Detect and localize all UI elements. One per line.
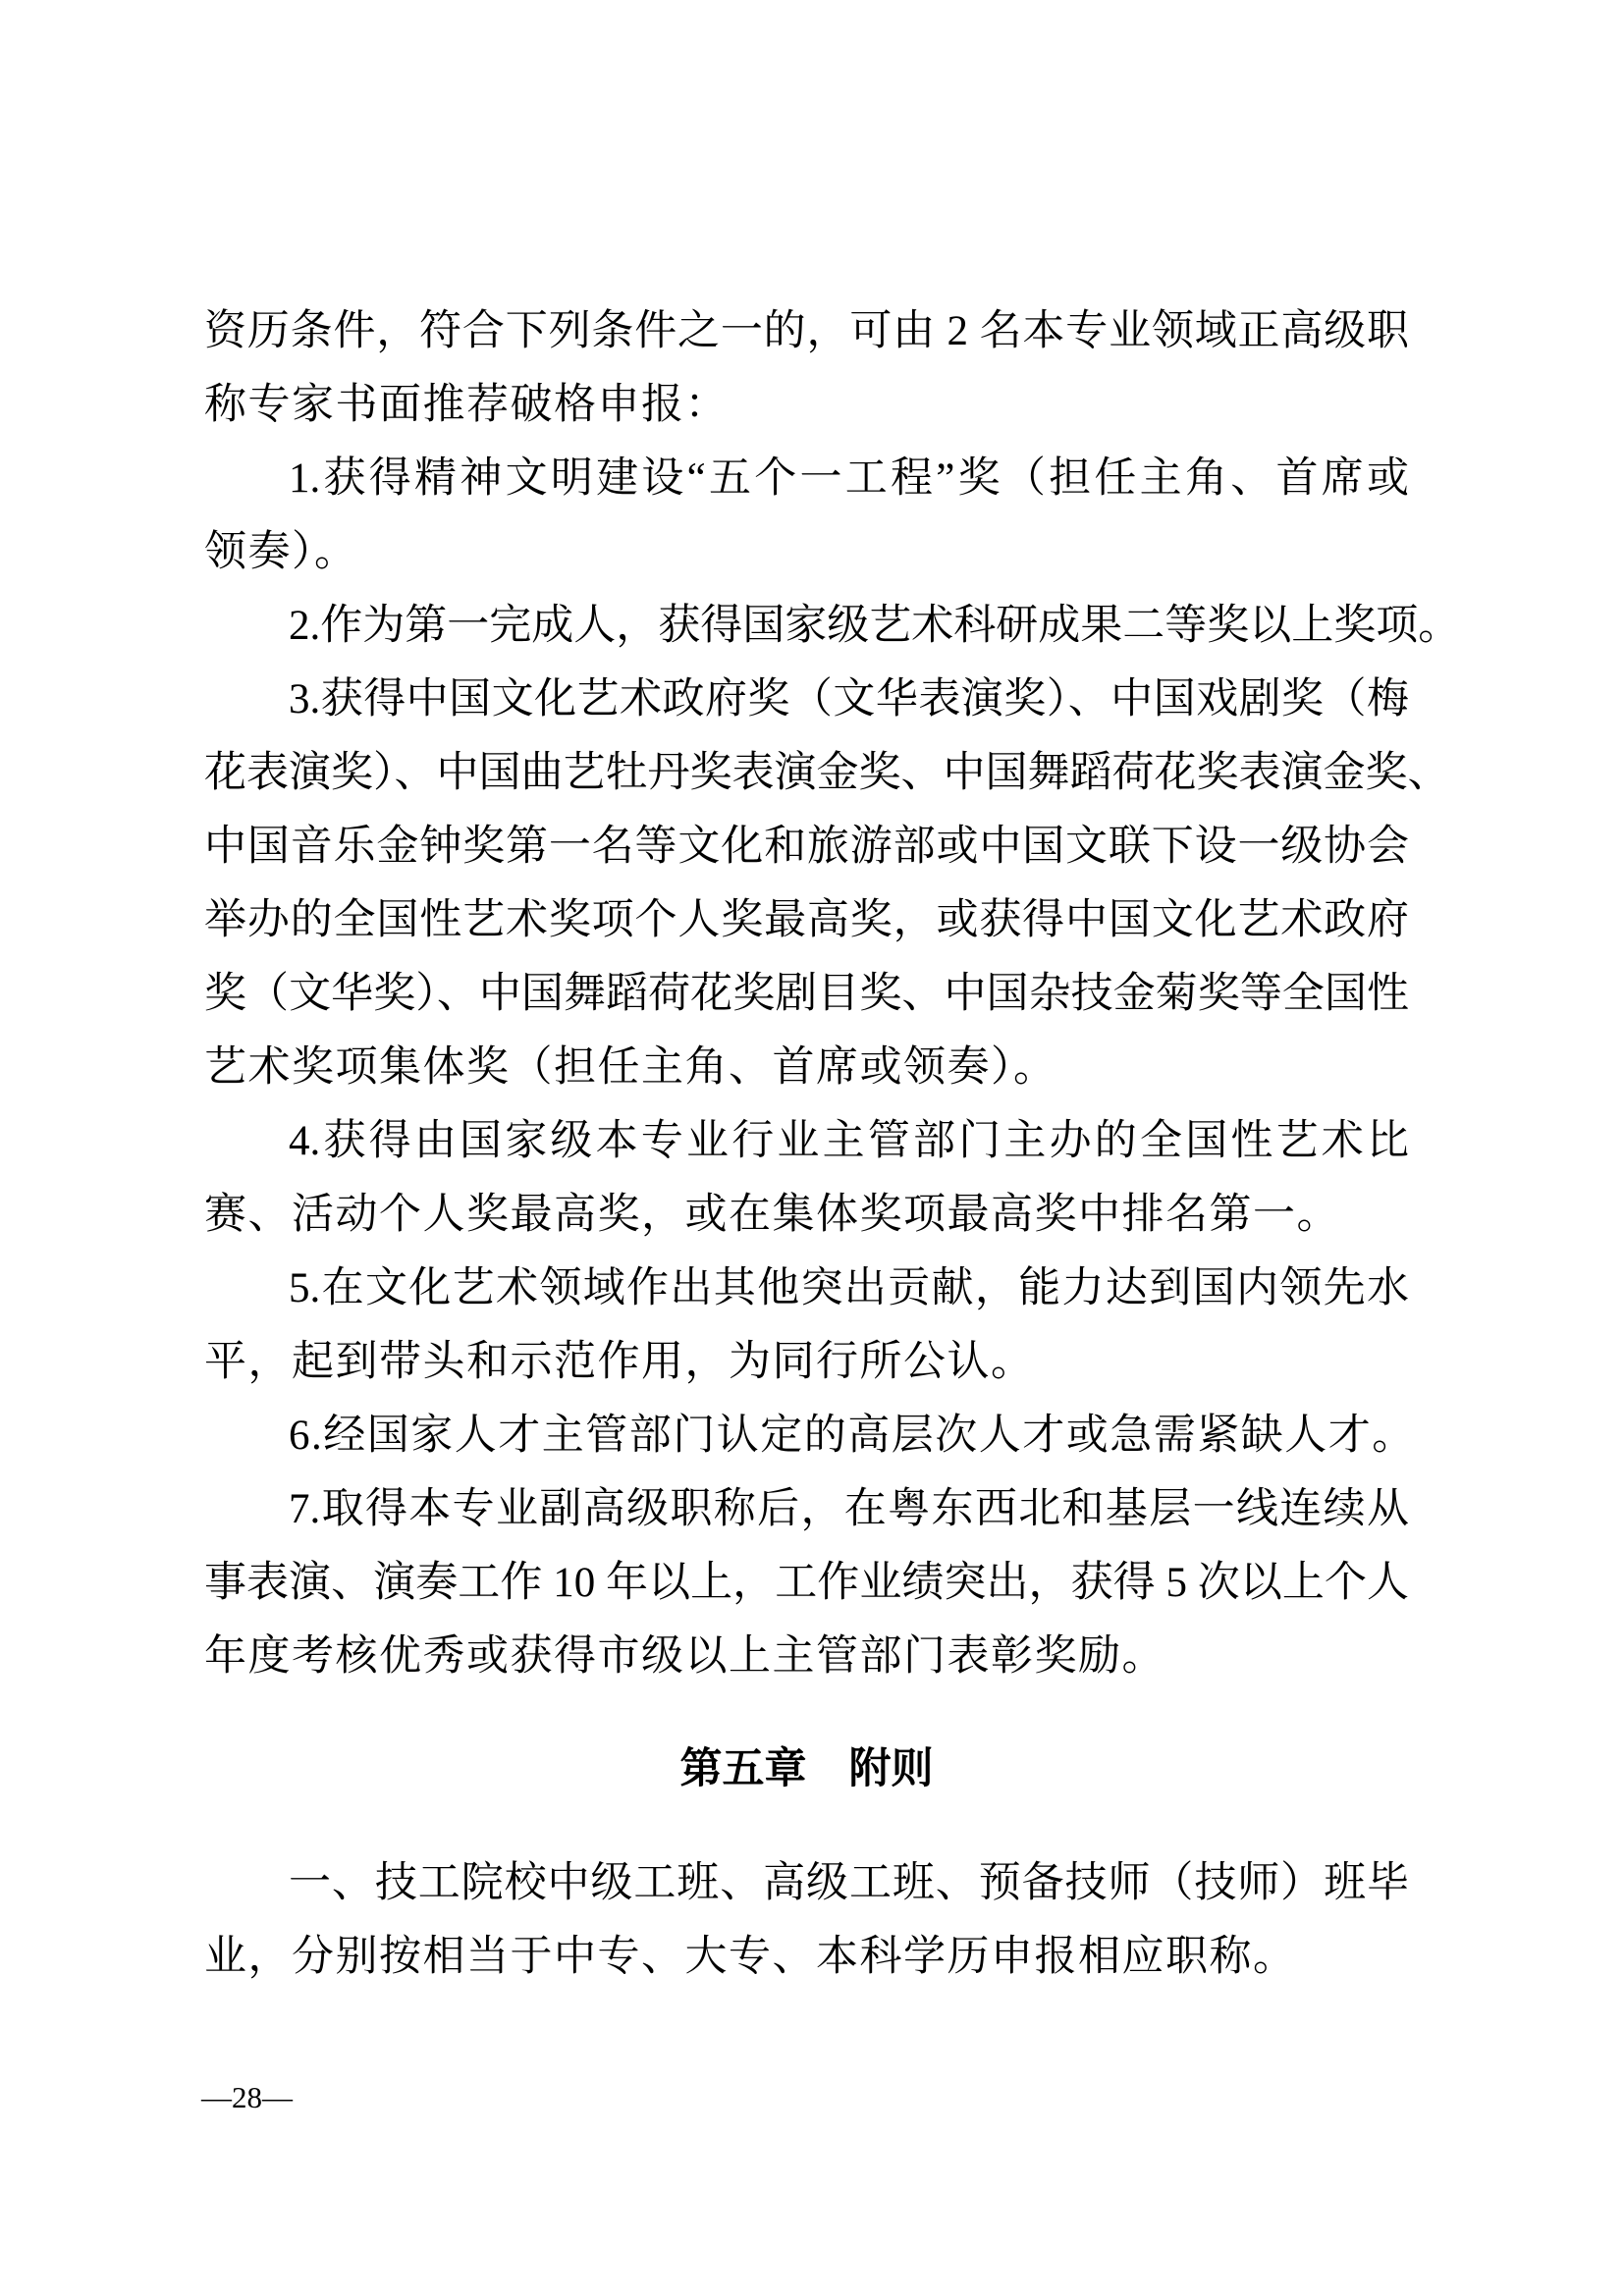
- appendix-paragraph-line: 业，分别按相当于中专、大专、本科学历申报相应职称。: [204, 1920, 1409, 1994]
- list-item-3-line: 3.获得中国文化艺术政府奖（文华表演奖）、中国戏剧奖（梅: [289, 663, 1409, 736]
- list-item-7-line: 年度考核优秀或获得市级以上主管部门表彰奖励。: [204, 1620, 1409, 1693]
- list-item-7-line: 事表演、演奏工作 10 年以上，工作业绩突出，获得 5 次以上个人: [204, 1546, 1409, 1620]
- appendix-paragraph-line: 一、技工院校中级工班、高级工班、预备技师（技师）班毕: [289, 1846, 1409, 1920]
- list-item-3-line: 举办的全国性艺术奖项个人奖最高奖，或获得中国文化艺术政府: [204, 883, 1409, 957]
- list-item-2-line: 2.作为第一完成人，获得国家级艺术科研成果二等奖以上奖项。: [289, 589, 1409, 663]
- document-page: 资历条件，符合下列条件之一的，可由 2 名本专业领域正高级职 称专家书面推荐破格…: [0, 0, 1624, 2296]
- paragraph-line: 称专家书面推荐破格申报：: [204, 368, 1409, 442]
- list-item-5-line: 5.在文化艺术领域作出其他突出贡献，能力达到国内领先水: [289, 1252, 1409, 1325]
- list-item-1-line: 领奏）。: [204, 515, 1409, 589]
- list-item-4-line: 4.获得由国家级本专业行业主管部门主办的全国性艺术比: [289, 1104, 1409, 1178]
- paragraph-line: 资历条件，符合下列条件之一的，可由 2 名本专业领域正高级职: [204, 294, 1409, 368]
- list-item-7-line: 7.取得本专业副高级职称后，在粤东西北和基层一线连续从: [289, 1472, 1409, 1546]
- chapter-heading: 第五章 附则: [204, 1733, 1409, 1806]
- list-item-5-line: 平，起到带头和示范作用，为同行所公认。: [204, 1325, 1409, 1399]
- list-item-4-line: 赛、活动个人奖最高奖，或在集体奖项最高奖中排名第一。: [204, 1178, 1409, 1252]
- list-item-3-line: 艺术奖项集体奖（担任主角、首席或领奏）。: [204, 1031, 1409, 1104]
- list-item-3-line: 中国音乐金钟奖第一名等文化和旅游部或中国文联下设一级协会: [204, 810, 1409, 883]
- list-item-3-line: 奖（文华奖）、中国舞蹈荷花奖剧目奖、中国杂技金菊奖等全国性: [204, 957, 1409, 1031]
- list-item-1-line: 1.获得精神文明建设“五个一工程”奖（担任主角、首席或: [289, 442, 1409, 515]
- list-item-6-line: 6.经国家人才主管部门认定的高层次人才或急需紧缺人才。: [289, 1399, 1409, 1472]
- list-item-3-line: 花表演奖）、中国曲艺牡丹奖表演金奖、中国舞蹈荷花奖表演金奖、: [204, 736, 1409, 810]
- page-number: —28—: [201, 2078, 293, 2117]
